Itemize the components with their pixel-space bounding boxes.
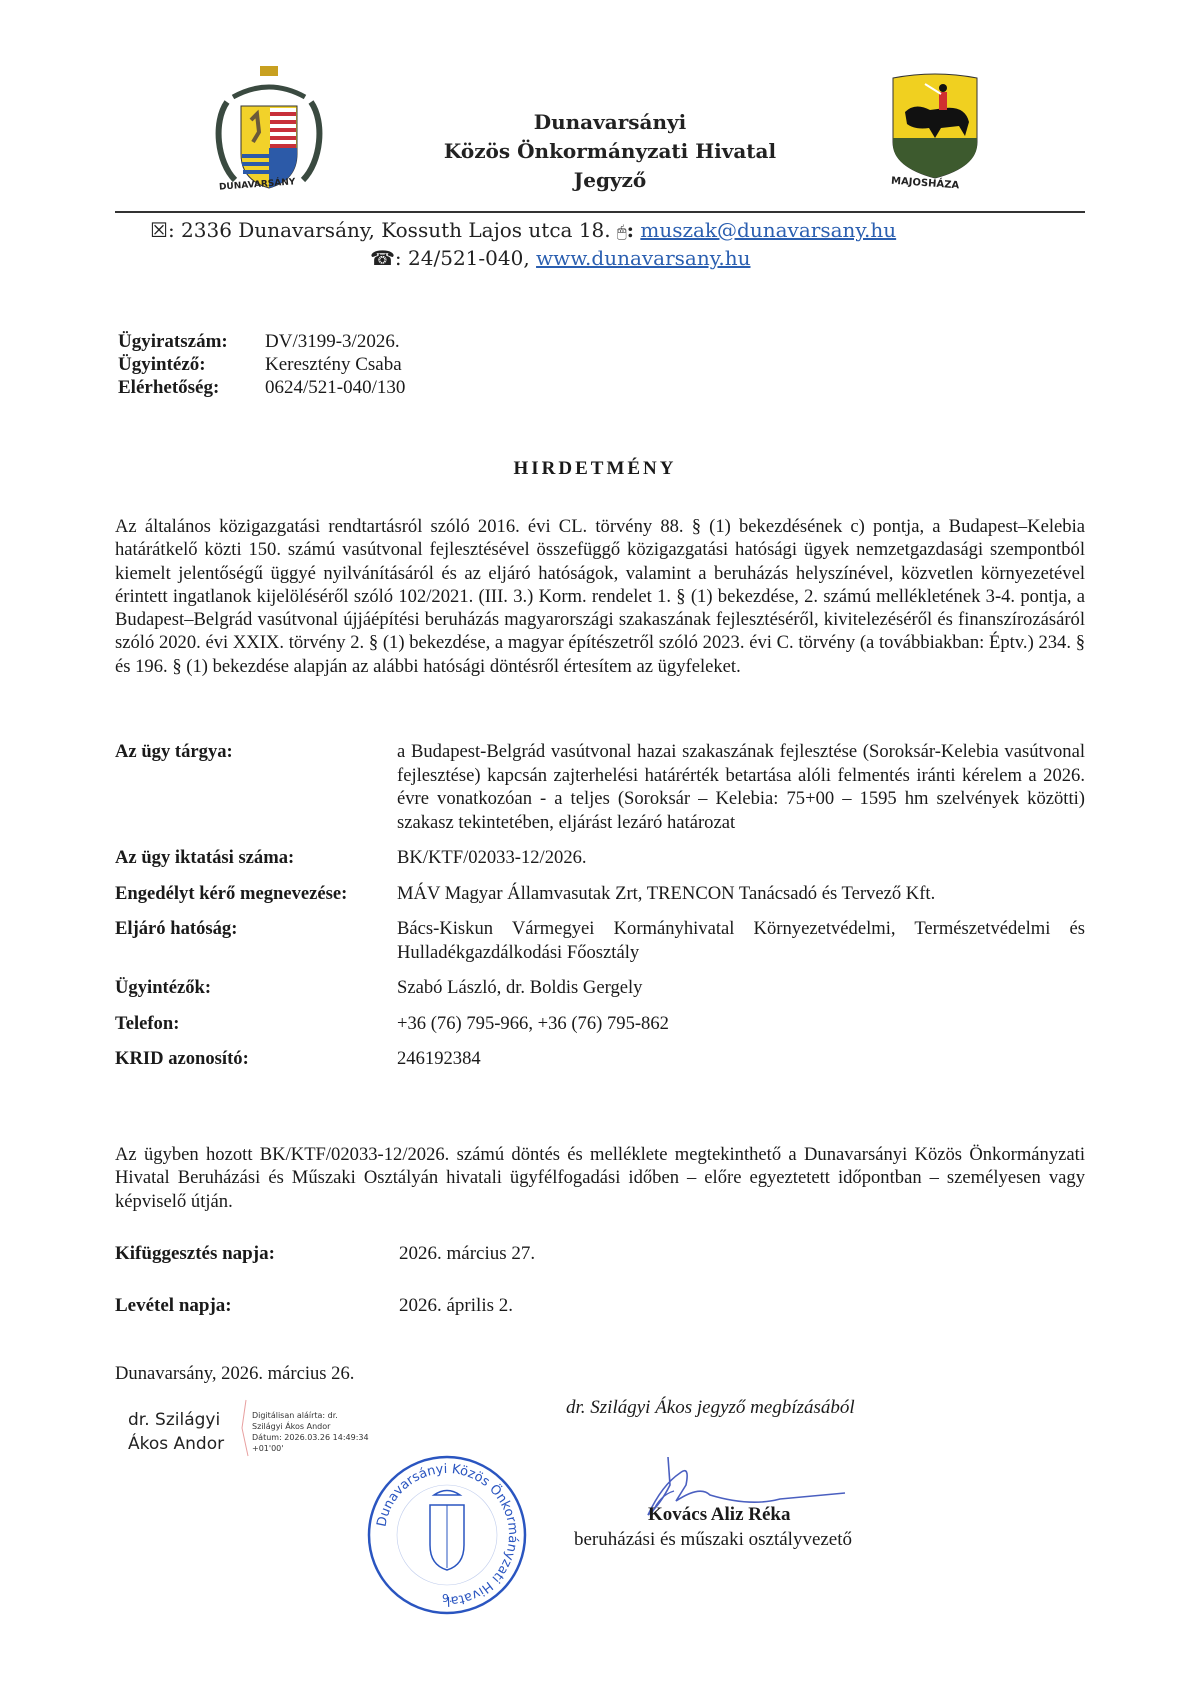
place-and-date: Dunavarsány, 2026. március 26. <box>115 1363 354 1385</box>
meta-value: 0624/521-040/130 <box>265 376 405 399</box>
contact-phone-line: ☎: 24/521-040, www.dunavarsany.hu <box>370 246 751 270</box>
case-details: Az ügy tárgya: a Budapest-Belgrád vasútv… <box>115 740 1085 1083</box>
detail-label: Ügyintézők: <box>115 976 397 1000</box>
address-text: 2336 Dunavarsány, Kossuth Lajos utca 18. <box>181 218 611 242</box>
intro-paragraph: Az általános közigazgatási rendtartásról… <box>115 515 1085 678</box>
majoshaza-crest: MAJOSHÁZA <box>885 72 985 197</box>
date-row: Levétel napja: 2026. április 2. <box>115 1295 535 1347</box>
inspection-notice: Az ügyben hozott BK/KTF/02033-12/2026. s… <box>115 1143 1085 1213</box>
on-behalf-text: dr. Szilágyi Ákos jegyző megbízásából <box>566 1397 855 1419</box>
phone-text: 24/521-040, <box>408 246 530 270</box>
digital-signer-name-line2: Ákos Andor <box>128 1432 224 1456</box>
meta-row: Elérhetőség: 0624/521-040/130 <box>118 376 405 399</box>
detail-row: Engedélyt kérő megnevezése: MÁV Magyar Á… <box>115 882 1085 906</box>
signer-role: beruházási és műszaki osztályvezető <box>574 1529 852 1551</box>
detail-label: Telefon: <box>115 1012 397 1036</box>
meta-label: Ügyiratszám: <box>118 330 265 353</box>
detail-value: MÁV Magyar Államvasutak Zrt, TRENCON Tan… <box>397 882 1085 906</box>
date-label: Kifüggesztés napja: <box>115 1243 399 1295</box>
org-header: Dunavarsányi Közös Önkormányzati Hivatal… <box>400 108 820 195</box>
detail-value: +36 (76) 795-966, +36 (76) 795-862 <box>397 1012 1085 1036</box>
meta-row: Ügyiratszám: DV/3199-3/2026. <box>118 330 405 353</box>
detail-row: Ügyintézők: Szabó László, dr. Boldis Ger… <box>115 976 1085 1000</box>
detail-label: Az ügy iktatási száma: <box>115 846 397 870</box>
signature-info-line: +01'00' <box>252 1443 369 1454</box>
detail-row: Az ügy iktatási száma: BK/KTF/02033-12/2… <box>115 846 1085 870</box>
signature-info-line: Digitálisan aláírta: dr. <box>252 1410 369 1421</box>
meta-value: DV/3199-3/2026. <box>265 330 400 353</box>
signature-info-line: Szilágyi Ákos Andor <box>252 1421 369 1432</box>
detail-label: Az ügy tárgya: <box>115 740 397 834</box>
header-divider <box>115 211 1085 213</box>
svg-text:9.: 9. <box>442 1592 453 1605</box>
date-row: Kifüggesztés napja: 2026. március 27. <box>115 1243 535 1295</box>
case-meta: Ügyiratszám: DV/3199-3/2026. Ügyintéző: … <box>118 330 405 399</box>
website-link[interactable]: www.dunavarsany.hu <box>536 246 750 270</box>
detail-value: Bács-Kiskun Vármegyei Kormányhivatal Kör… <box>397 917 1085 964</box>
detail-row: Eljáró hatóság: Bács-Kiskun Vármegyei Ko… <box>115 917 1085 964</box>
digital-signer-name: dr. Szilágyi Ákos Andor <box>128 1408 224 1456</box>
date-label: Levétel napja: <box>115 1295 399 1347</box>
detail-label: Eljáró hatóság: <box>115 917 397 964</box>
detail-row: Az ügy tárgya: a Budapest-Belgrád vasútv… <box>115 740 1085 834</box>
signer-name: Kovács Aliz Réka <box>648 1504 791 1526</box>
mouse-icon: 🖱 <box>617 222 627 241</box>
posting-dates: Kifüggesztés napja: 2026. március 27. Le… <box>115 1243 535 1347</box>
org-name-line3: Jegyző <box>400 166 820 195</box>
detail-row: Telefon: +36 (76) 795-966, +36 (76) 795-… <box>115 1012 1085 1036</box>
org-name-line2: Közös Önkormányzati Hivatal <box>400 137 820 166</box>
email-link[interactable]: muszak@dunavarsany.hu <box>640 218 896 242</box>
detail-value: a Budapest-Belgrád vasútvonal hazai szak… <box>397 740 1085 834</box>
envelope-icon: ☒ <box>150 218 168 242</box>
meta-label: Ügyintéző: <box>118 353 265 376</box>
pdf-signature-mark-icon <box>238 1398 250 1458</box>
digital-signer-name-line1: dr. Szilágyi <box>128 1408 224 1432</box>
official-stamp: Dunavarsányi Közös Önkormányzati Hivatal… <box>362 1450 532 1620</box>
detail-value: Szabó László, dr. Boldis Gergely <box>397 976 1085 1000</box>
contact-address-line: ☒: 2336 Dunavarsány, Kossuth Lajos utca … <box>150 218 896 242</box>
signature-info-line: Dátum: 2026.03.26 14:49:34 <box>252 1432 369 1443</box>
meta-row: Ügyintéző: Keresztény Csaba <box>118 353 405 376</box>
detail-label: KRID azonosító: <box>115 1047 397 1071</box>
detail-value: BK/KTF/02033-12/2026. <box>397 846 1085 870</box>
detail-value: 246192384 <box>397 1047 1085 1071</box>
date-value: 2026. március 27. <box>399 1243 535 1295</box>
meta-value: Keresztény Csaba <box>265 353 402 376</box>
detail-label: Engedélyt kérő megnevezése: <box>115 882 397 906</box>
digital-signature-info: Digitálisan aláírta: dr. Szilágyi Ákos A… <box>252 1410 369 1454</box>
dunavarsany-crest: DUNAVARSÁNY <box>213 62 325 202</box>
telephone-icon: ☎ <box>370 246 395 270</box>
meta-label: Elérhetőség: <box>118 376 265 399</box>
org-name-line1: Dunavarsányi <box>400 108 820 137</box>
detail-row: KRID azonosító: 246192384 <box>115 1047 1085 1071</box>
date-value: 2026. április 2. <box>399 1295 513 1347</box>
document-title: HIRDETMÉNY <box>0 458 1190 480</box>
